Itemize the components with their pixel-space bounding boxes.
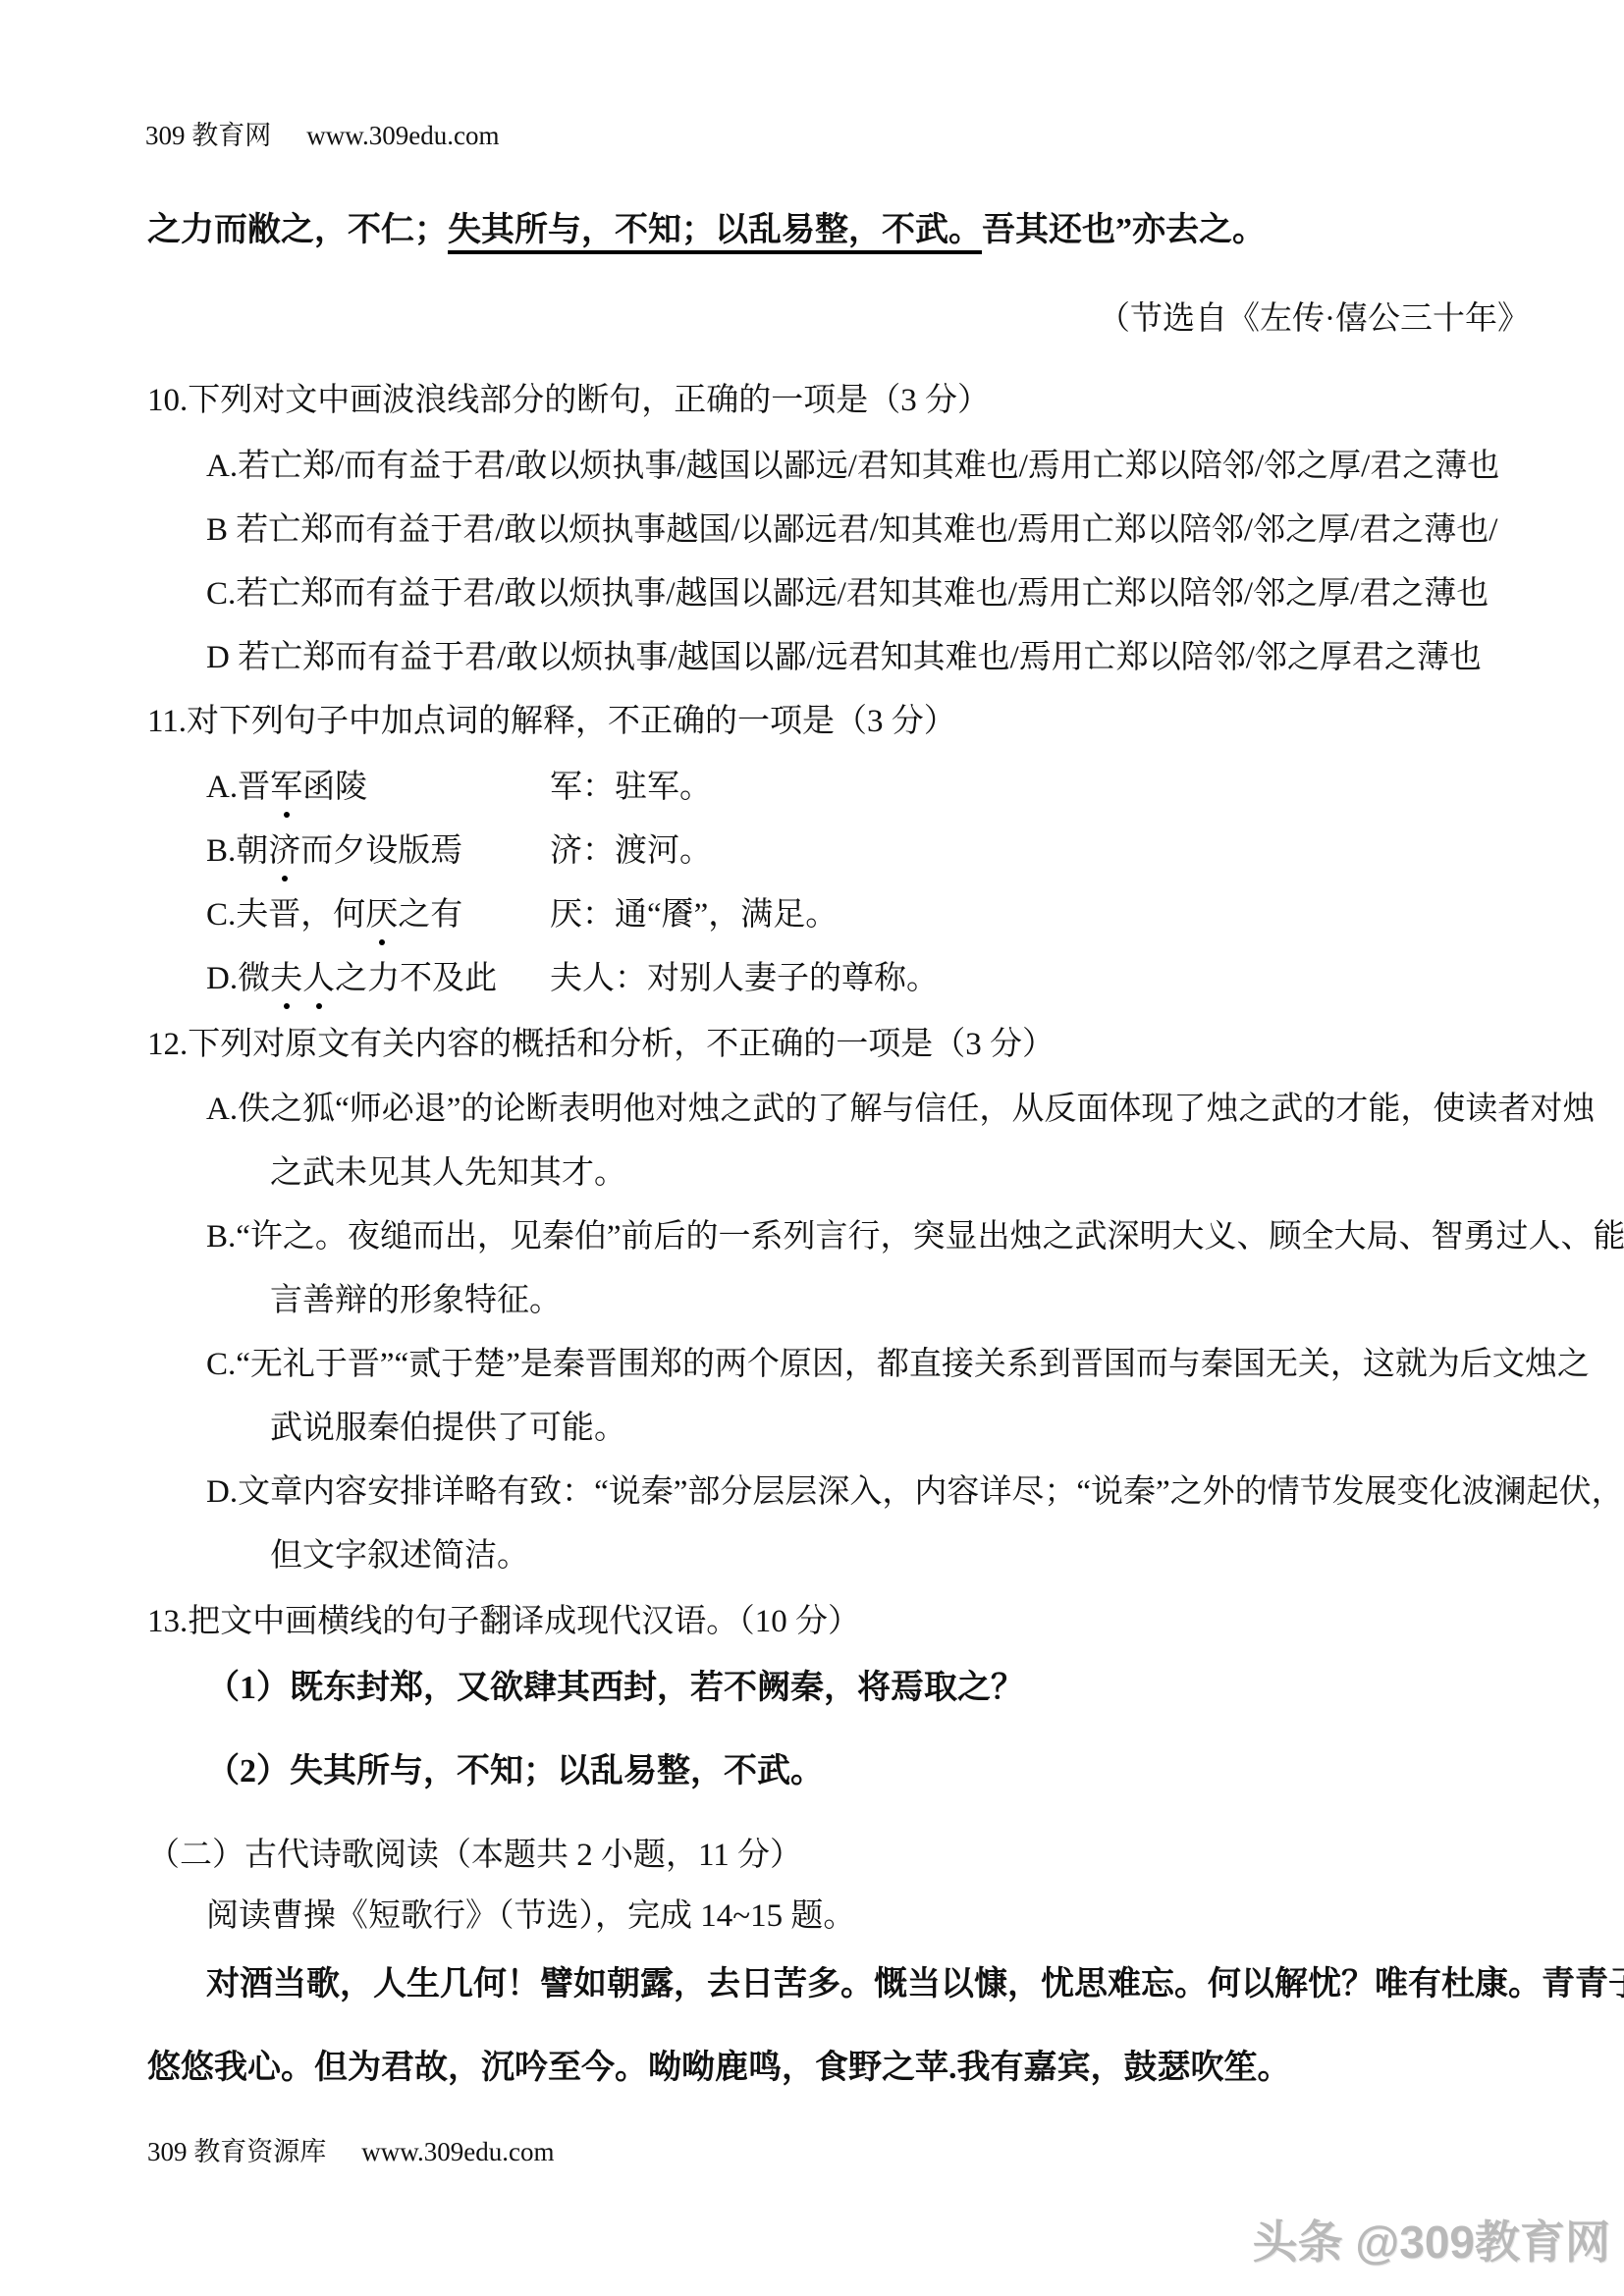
emphasis-dot-char: 厌 xyxy=(365,895,398,934)
q12-option-b-line1: B.“许之。夜缒而出，见秦伯”前后的一系列言行，突显出烛之武深明大义、顾全大局、… xyxy=(206,1217,1624,1256)
footer-site-url: www.309edu.com xyxy=(361,2137,554,2166)
q10-option-a: A.若亡郑/而有益于君/敢以烦执事/越国以鄙远/君知其难也/焉用亡郑以陪邻/邻之… xyxy=(206,447,1499,486)
q11-d-phrase: D.微夫人之力不及此 xyxy=(206,961,497,996)
header-site-url: www.309edu.com xyxy=(306,121,499,150)
page-header: 309 教育网www.309edu.com xyxy=(145,116,499,155)
q10-option-d: D 若亡郑而有益于君/敢以烦执事/越国以鄙/远君知其难也/焉用亡郑以陪邻/邻之厚… xyxy=(206,638,1482,677)
q13-item-2: （2）失其所与，不知；以乱易整，不武。 xyxy=(206,1752,824,1791)
q11-row-d: D.微夫人之力不及此 夫人：对别人妻子的尊称。 xyxy=(206,959,497,998)
passage-line: 之力而敝之，不仁；失其所与，不知；以乱易整，不武。吾其还也”亦去之。 xyxy=(147,211,1266,250)
header-site-name: 309 教育网 xyxy=(145,121,271,150)
passage-post: 吾其还也”亦去之。 xyxy=(982,212,1266,248)
q12-option-c-line1: C.“无礼于晋”“贰于楚”是秦晋围郑的两个原因，都直接关系到晋国而与秦国无关，这… xyxy=(206,1345,1590,1384)
emphasis-dot-char: 夫 xyxy=(270,959,302,998)
q11-a-gloss: 军：驻军。 xyxy=(550,768,712,807)
emphasis-dot-char: 军 xyxy=(270,768,302,807)
passage-attribution: （节选自《左传·僖公三十年》 xyxy=(1098,299,1530,339)
q11-row-a: A.晋军函陵 军：驻军。 xyxy=(206,768,367,807)
q12-option-a-line2: 之武未见其人先知其才。 xyxy=(270,1153,626,1193)
section2-title: （二）古代诗歌阅读（本题共 2 小题，11 分） xyxy=(147,1836,802,1875)
poem-line-2: 悠悠我心。但为君故，沉吟至今。呦呦鹿鸣，食野之苹.我有嘉宾，鼓瑟吹笙。 xyxy=(147,2049,1291,2088)
q12-stem: 12.下列对原文有关内容的概括和分析，不正确的一项是（3 分） xyxy=(147,1025,1055,1064)
q11-row-c: C.夫晋，何厌之有 厌：通“餍”，满足。 xyxy=(206,895,462,934)
q12-option-b-line2: 言善辩的形象特征。 xyxy=(270,1281,562,1320)
emphasis-dot-char: 济 xyxy=(268,831,300,871)
q13-item-1: （1）既东封郑，又欲肆其西封，若不阙秦，将焉取之？ xyxy=(206,1669,1024,1708)
footer-site-name: 309 教育资源库 xyxy=(147,2137,326,2166)
q11-d-gloss: 夫人：对别人妻子的尊称。 xyxy=(550,959,939,998)
q11-a-phrase: A.晋军函陵 xyxy=(206,770,367,805)
q11-b-phrase: B.朝济而夕设版焉 xyxy=(206,833,462,869)
q12-option-d-line2: 但文字叙述简洁。 xyxy=(270,1536,529,1575)
section2-intro: 阅读曹操《短歌行》（节选），完成 14~15 题。 xyxy=(206,1896,855,1936)
q12-option-d-line1: D.文章内容安排详略有致：“说秦”部分层层深入，内容详尽；“说秦”之外的情节发展… xyxy=(206,1472,1624,1512)
watermark-text: 头条 @309教育网 xyxy=(1253,2207,1610,2271)
q11-stem: 11.对下列句子中加点词的解释，不正确的一项是（3 分） xyxy=(147,702,956,741)
q11-c-phrase: C.夫晋，何厌之有 xyxy=(206,897,462,933)
q11-b-gloss: 济：渡河。 xyxy=(550,831,712,871)
passage-pre: 之力而敝之，不仁； xyxy=(147,212,448,248)
q11-c-gloss: 厌：通“餍”，满足。 xyxy=(550,895,838,934)
q12-option-c-line2: 武说服秦伯提供了可能。 xyxy=(270,1409,626,1448)
q10-stem: 10.下列对文中画波浪线部分的断句，正确的一项是（3 分） xyxy=(147,381,990,420)
exam-page: { "header": {"site_name": "309 教育网", "si… xyxy=(0,0,1624,2296)
q12-option-a-line1: A.佚之狐“师必退”的论断表明他对烛之武的了解与信任，从反面体现了烛之武的才能，… xyxy=(206,1090,1595,1129)
emphasis-dot-char: 人 xyxy=(302,959,335,998)
page-footer: 309 教育资源库www.309edu.com xyxy=(147,2132,554,2171)
q10-option-b: B 若亡郑而有益于君/敢以烦执事越国/以鄙远君/知其难也/焉用亡郑以陪邻/邻之厚… xyxy=(206,510,1497,550)
q13-stem: 13.把文中画横线的句子翻译成现代汉语。（10 分） xyxy=(147,1602,860,1641)
q10-option-c: C.若亡郑而有益于君/敢以烦执事/越国以鄙远/君知其难也/焉用亡郑以陪邻/邻之厚… xyxy=(206,574,1489,614)
q11-row-b: B.朝济而夕设版焉 济：渡河。 xyxy=(206,831,462,871)
poem-line-1: 对酒当歌，人生几何！譬如朝露，去日苦多。慨当以慷，忧思难忘。何以解忧？唯有杜康。… xyxy=(206,1965,1624,2004)
passage-underlined-segment: 失其所与，不知；以乱易整，不武。 xyxy=(448,212,982,254)
